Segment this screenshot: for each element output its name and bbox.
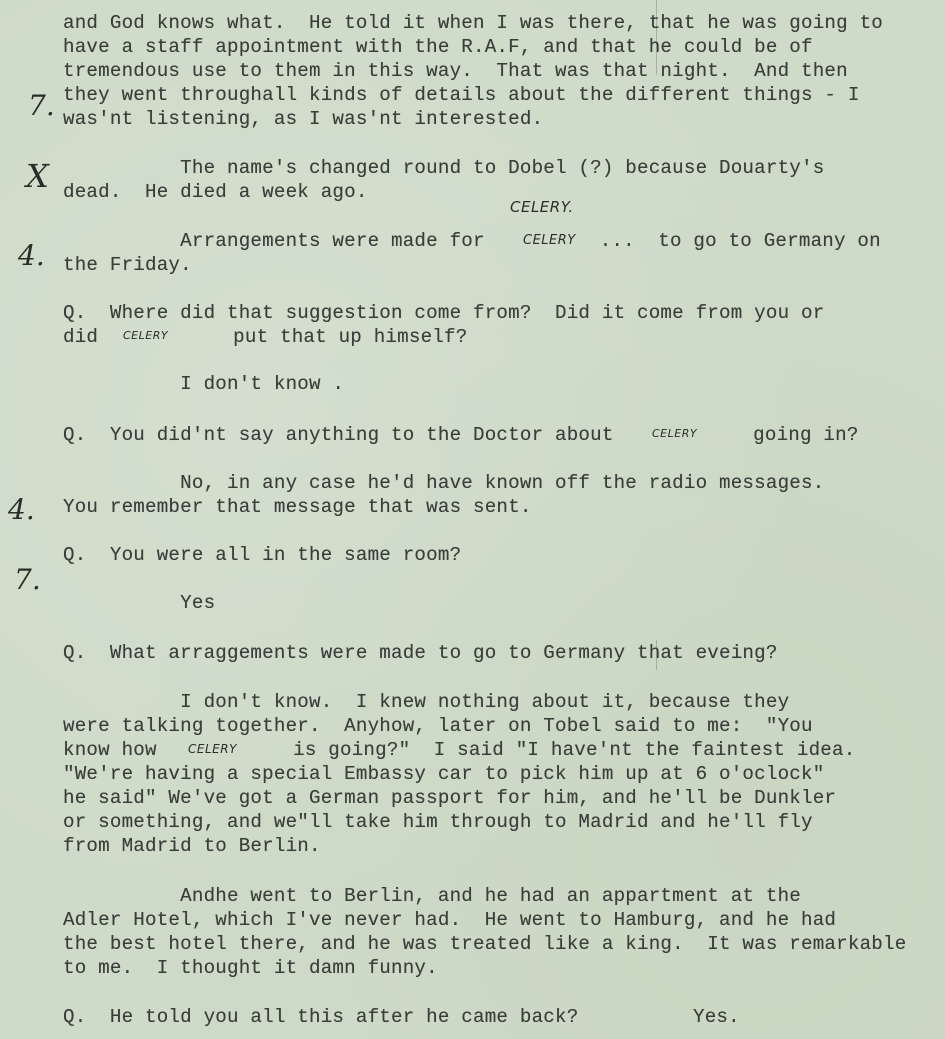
question-line: going in? bbox=[718, 423, 859, 447]
handwritten-codename-note: CELERY. bbox=[510, 198, 574, 216]
text-line: and God knows what. He told it when I wa… bbox=[63, 11, 883, 35]
margin-mark-4b: 4. bbox=[8, 496, 35, 524]
question-line: Q. You were all in the same room? bbox=[63, 543, 461, 567]
answer-line: the best hotel there, and he was treated… bbox=[63, 932, 906, 956]
handwritten-codename: CELERY bbox=[523, 233, 576, 248]
answer-line: I don't know . bbox=[63, 372, 344, 396]
answer-line: is going?" I said "I have'nt the faintes… bbox=[258, 738, 855, 762]
answer-line: he said" We've got a German passport for… bbox=[63, 786, 836, 810]
handwritten-codename: CELERY bbox=[188, 742, 237, 756]
answer-line: Yes bbox=[63, 591, 215, 615]
question-line: Q. You did'nt say anything to the Doctor… bbox=[63, 423, 625, 447]
question-line: did bbox=[63, 325, 98, 349]
text-line: tremendous use to them in this way. That… bbox=[63, 59, 848, 83]
text-line: The name's changed round to Dobel (?) be… bbox=[63, 156, 824, 180]
answer-line: Andhe went to Berlin, and he had an appa… bbox=[63, 884, 801, 908]
margin-mark-7: 7. bbox=[28, 92, 55, 120]
answer-line: No, in any case he'd have known off the … bbox=[63, 471, 824, 495]
answer-line: know how bbox=[63, 738, 157, 762]
text-line: have a staff appointment with the R.A.F,… bbox=[63, 35, 813, 59]
answer-line: were talking together. Anyhow, later on … bbox=[63, 714, 813, 738]
answer-line: I don't know. I knew nothing about it, b… bbox=[63, 690, 789, 714]
answer-line: from Madrid to Berlin. bbox=[63, 834, 321, 858]
text-line: the Friday. bbox=[63, 253, 192, 277]
text-line: they went throughall kinds of details ab… bbox=[63, 83, 860, 107]
answer-line: or something, and we"ll take him through… bbox=[63, 810, 813, 834]
text-line: Arrangements were made for bbox=[63, 229, 485, 253]
answer-line: Adler Hotel, which I've never had. He we… bbox=[63, 908, 836, 932]
answer-line: to me. I thought it damn funny. bbox=[63, 956, 438, 980]
question-line: Q. Where did that suggestion come from? … bbox=[63, 301, 824, 325]
answer-line: "We're having a special Embassy car to p… bbox=[63, 762, 824, 786]
document-page: 7. X 4. 4. 7. and God knows what. He tol… bbox=[0, 0, 945, 1039]
margin-mark-x: X bbox=[26, 162, 49, 190]
question-line: Q. What arraggements were made to go to … bbox=[63, 641, 778, 665]
text-line: dead. He died a week ago. bbox=[63, 180, 368, 204]
answer-line: You remember that message that was sent. bbox=[63, 495, 532, 519]
question-line: put that up himself? bbox=[198, 325, 467, 349]
handwritten-codename: CELERY bbox=[652, 427, 697, 440]
handwritten-codename: CELERY bbox=[123, 329, 168, 342]
margin-mark-4: 4. bbox=[18, 242, 45, 270]
text-line: ... to go to Germany on bbox=[588, 229, 881, 253]
answer-inline: Yes. bbox=[693, 1005, 740, 1029]
question-line: Q. He told you all this after he came ba… bbox=[63, 1005, 578, 1029]
text-line: was'nt listening, as I was'nt interested… bbox=[63, 107, 543, 131]
margin-mark-7b: 7. bbox=[14, 566, 41, 594]
